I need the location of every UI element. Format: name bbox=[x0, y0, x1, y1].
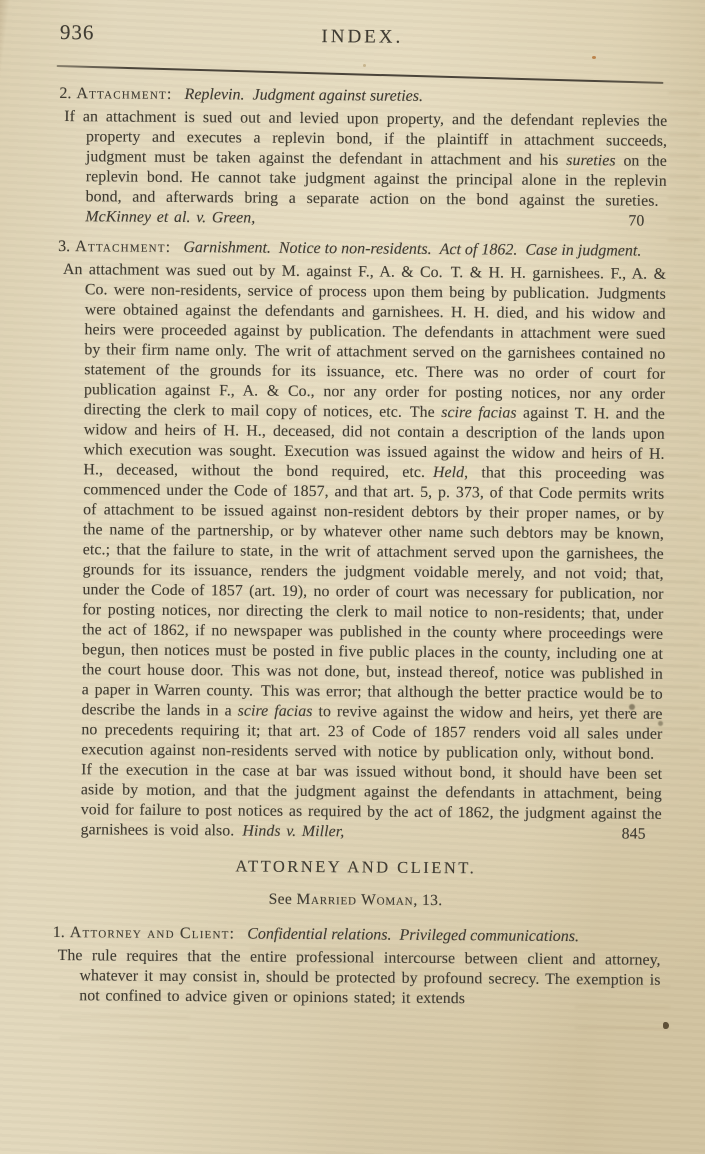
entry-body-text: An attachment was sued out by M. against… bbox=[63, 261, 666, 840]
entry-body: The rule requires that the entire profes… bbox=[79, 946, 660, 1011]
entry-topic: Attachment: bbox=[75, 238, 171, 256]
header-rule bbox=[57, 65, 664, 84]
index-entry-attachment-3: 3.Attachment:Garnishment. Notice to non-… bbox=[51, 236, 667, 845]
reference-page-number: 845 bbox=[644, 825, 646, 845]
bleed-through-smudge bbox=[660, 286, 700, 526]
entry-catchline: 2.Attachment:Replevin. Judgment against … bbox=[86, 83, 667, 109]
page-header: 936 INDEX. bbox=[57, 20, 668, 57]
cross-reference: See Married Woman, 13. bbox=[50, 889, 661, 912]
entry-number: 3. bbox=[58, 238, 70, 255]
running-title: INDEX. bbox=[57, 20, 668, 51]
entry-number: 1. bbox=[53, 924, 65, 941]
bleed-through-smudge bbox=[668, 92, 700, 242]
entry-body: An attachment was sued out by M. against… bbox=[81, 260, 667, 845]
entry-catchline: 3.Attachment:Garnishment. Notice to non-… bbox=[85, 236, 666, 262]
entry-subtitle: Replevin. Judgment against sureties. bbox=[185, 86, 424, 105]
entry-number: 2. bbox=[59, 85, 71, 102]
entry-topic: Attachment: bbox=[76, 85, 172, 103]
entry-topic: Attorney and Client: bbox=[70, 924, 236, 942]
folio-page-number: 936 bbox=[60, 20, 95, 45]
entry-catchline: 1.Attorney and Client:Confidential relat… bbox=[80, 922, 661, 948]
entry-body: If an attachment is sued out and levied … bbox=[85, 107, 667, 232]
entry-subtitle: Garnishment. Notice to non-residents. Ac… bbox=[183, 239, 641, 260]
entry-body-text: The rule requires that the entire profes… bbox=[58, 947, 661, 1007]
section-title: ATTORNEY AND CLIENT. bbox=[50, 855, 661, 880]
page-content: 936 INDEX. 2.Attachment:Replevin. Judgme… bbox=[49, 20, 668, 1011]
scanned-book-page: 936 INDEX. 2.Attachment:Replevin. Judgme… bbox=[0, 0, 705, 1154]
index-entry-attorney-1: 1.Attorney and Client:Confidential relat… bbox=[49, 922, 661, 1011]
index-entry-attachment-2: 2.Attachment:Replevin. Judgment against … bbox=[55, 83, 667, 232]
paper-speck bbox=[663, 1022, 669, 1029]
entry-subtitle: Confidential relations. Privileged commu… bbox=[247, 926, 579, 946]
entry-body-text: If an attachment is sued out and levied … bbox=[64, 108, 667, 227]
